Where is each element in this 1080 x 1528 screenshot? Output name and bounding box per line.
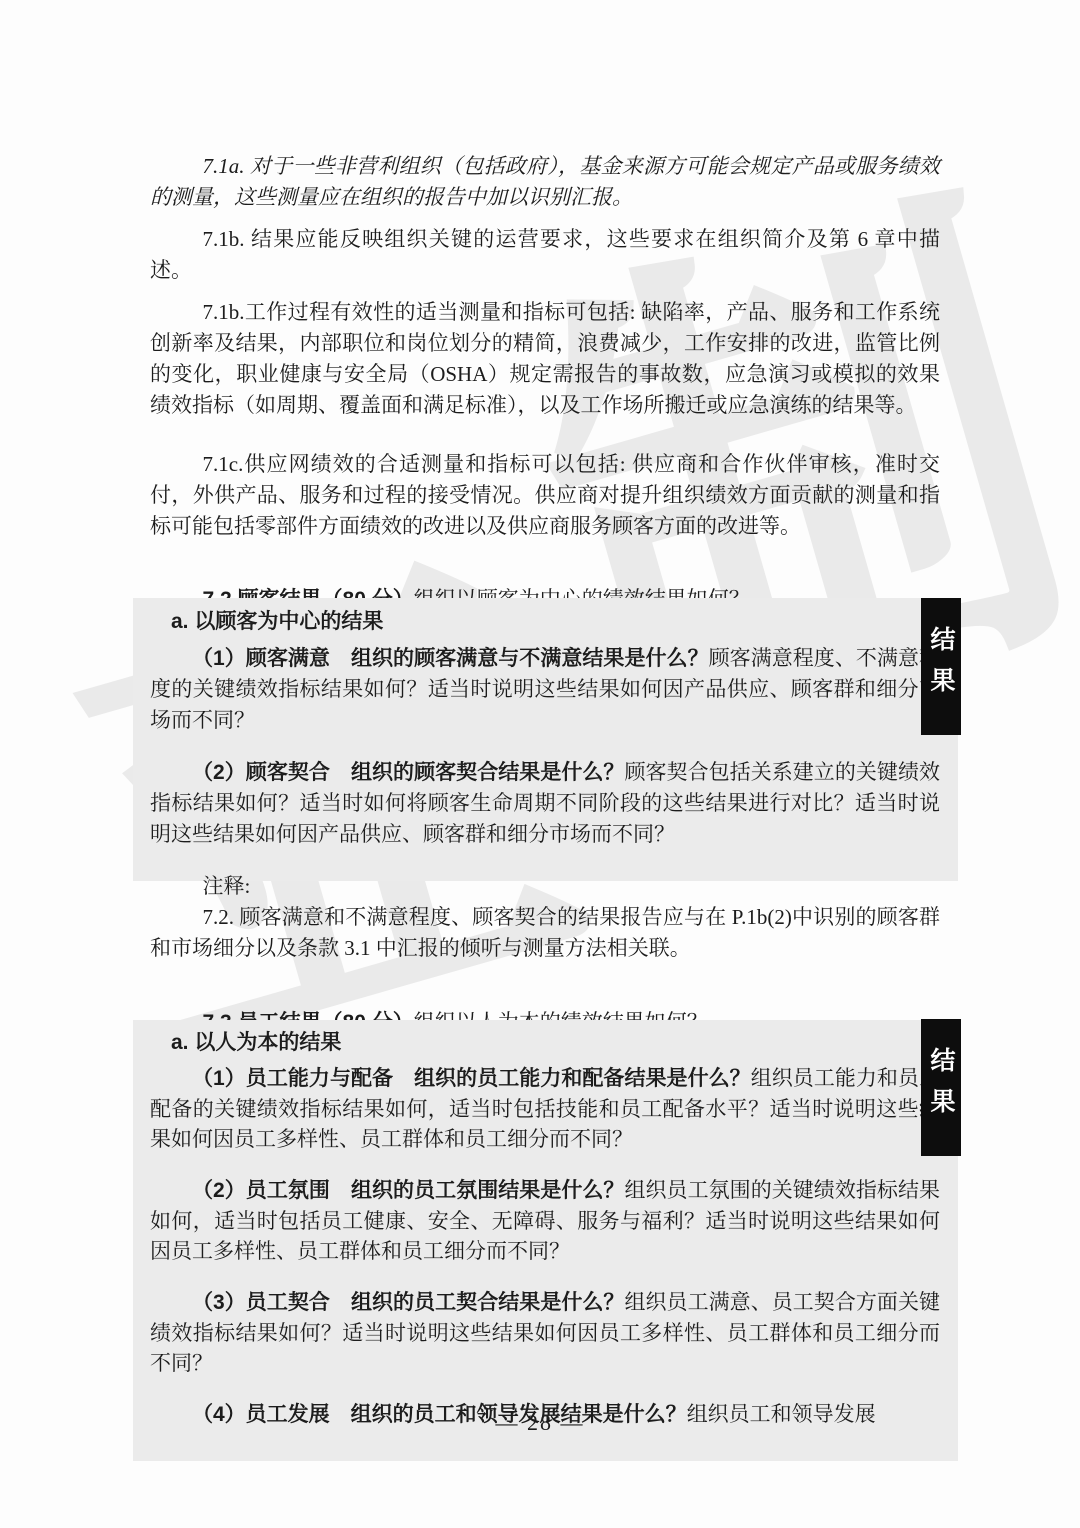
notes-label-7-2: 注释: [133,871,958,902]
requirement-item-workforce-capability: （1）员工能力与配备 组织的员工能力和配备结果是什么？组织员工能力和员工配备的关… [150,1063,940,1154]
requirement-item-customer-satisfaction: （1）顾客满意 组织的顾客满意与不满意结果是什么？顾客满意程度、不满意程度的关键… [150,643,940,736]
page-number: — 28 — [0,1410,1080,1436]
side-tab-label: 结果 [923,626,959,708]
requirement-item-workforce-engagement: （3）员工契合 组织的员工契合结果是什么？组织员工满意、员工契合方面关键绩效指标… [150,1287,940,1378]
side-tab-results-lower: 结果 [921,1019,961,1156]
requirement-item-customer-engagement: （2）顾客契合 组织的顾客契合结果是什么？顾客契合包括关系建立的关键绩效指标结果… [150,757,940,850]
item-lead: （1）顾客满意 组织的顾客满意与不满意结果是什么？ [192,647,709,670]
box-title-7-2a: a. 以顾客为中心的结果 [150,606,940,637]
document-page: 制 亚 7.1a. 对于一些非营利组织（包括政府），基金来源方可能会规定产品或服… [0,0,1080,1528]
item-lead: （3）员工契合 组织的员工契合结果是什么？ [192,1291,624,1314]
box-title-7-3a: a. 以人为本的结果 [150,1028,940,1058]
side-tab-label: 结果 [923,1047,959,1129]
requirement-box-7-3a: a. 以人为本的结果 （1）员工能力与配备 组织的员工能力和配备结果是什么？组织… [133,1020,958,1461]
note-paragraph-7-1b-measures: 7.1b.工作过程有效性的适当测量和指标可包括: 缺陷率，产品、服务和工作系统创… [133,297,958,421]
item-lead: （1）员工能力与配备 组织的员工能力和配备结果是什么？ [192,1067,751,1090]
side-tab-results-upper: 结果 [921,598,961,735]
item-lead: （2）员工氛围 组织的员工氛围结果是什么？ [192,1179,624,1202]
note-paragraph-7-1a: 7.1a. 对于一些非营利组织（包括政府），基金来源方可能会规定产品或服务绩效的… [133,151,958,213]
note-paragraph-7-2: 7.2. 顾客满意和不满意程度、顾客契合的结果报告应与在 P.1b(2)中识别的… [133,902,958,964]
note-paragraph-7-1c: 7.1c.供应网绩效的合适测量和指标可以包括: 供应商和合作伙伴审核，准时交付，… [133,449,958,542]
requirement-box-7-2a: a. 以顾客为中心的结果 （1）顾客满意 组织的顾客满意与不满意结果是什么？顾客… [133,598,958,881]
note-paragraph-7-1b: 7.1b. 结果应能反映组织关键的运营要求，这些要求在组织简介及第 6 章中描述… [133,224,958,286]
item-lead: （2）顾客契合 组织的顾客契合结果是什么？ [192,761,624,784]
requirement-item-workforce-climate: （2）员工氛围 组织的员工氛围结果是什么？组织员工氛围的关键绩效指标结果如何，适… [150,1175,940,1266]
